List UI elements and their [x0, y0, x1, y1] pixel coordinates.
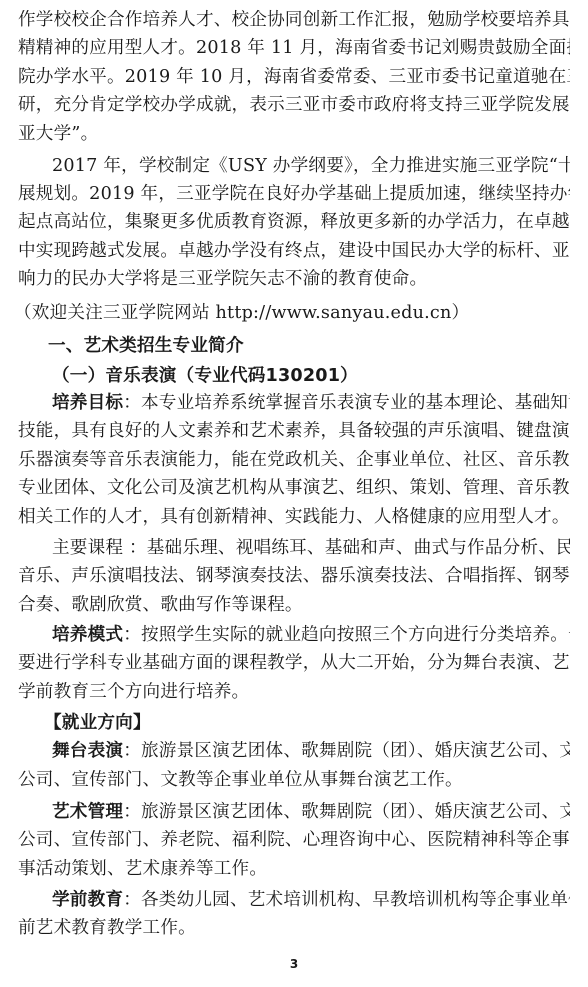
website-note: （欢迎关注三亚学院网站 http://www.sanyau.edu.cn） [14, 302, 566, 324]
text-line: 前艺术教育教学工作。 [18, 917, 570, 939]
page-number: 3 [0, 957, 588, 971]
arts-management-label: 艺术管理 [52, 802, 123, 822]
subsection-heading: （一）音乐表演（专业代码130201） [52, 365, 588, 387]
text-line: 研，充分肯定学校办学成就，表示三亚市委市政府将支持三亚学院发展成为“三 [18, 94, 570, 116]
training-mode-text: ：按照学生实际的就业趋向按照三个方向进行分类培养。一年级主 [123, 625, 570, 645]
text-line: 中实现跨越式发展。卓越办学没有终点，建设中国民办大学的标杆、亚洲具有影 [18, 240, 570, 262]
text-line: 主要课程 ：基础乐理、视唱练耳、基础和声、曲式与作品分析、民族民间 [52, 537, 570, 559]
text-line: 培养模式：按照学生实际的就业趋向按照三个方向进行分类培养。一年级主 [52, 624, 570, 646]
text-line: 相关工作的人才，具有创新精神、实践能力、人格健康的应用型人才。 [18, 506, 570, 528]
training-goal-label: 培养目标 [52, 393, 123, 413]
stage-performance-label: 舞台表演 [52, 741, 123, 761]
text-line: 学前教育三个方向进行培养。 [18, 681, 570, 703]
training-mode-label: 培养模式 [52, 625, 123, 645]
text-line: 亚大学”。 [18, 123, 570, 145]
text-line: 公司、宣传部门、文教等企事业单位从事舞台演艺工作。 [18, 769, 570, 791]
employment-heading: 【就业方向】 [44, 712, 588, 734]
text-line: 作学校校企合作培养人才、校企协同创新工作汇报，勉励学校要培养具有精益求 [18, 9, 570, 31]
text-line: 专业团体、文化公司及演艺机构从事演艺、组织、策划、管理、音乐教育教学等 [18, 477, 570, 499]
text-line: 音乐、声乐演唱技法、钢琴演奏技法、器乐演奏技法、合唱指挥、钢琴即兴伴奏、 [18, 565, 570, 587]
text-line: 乐器演奏等音乐表演能力，能在党政机关、企事业单位、社区、音乐教育机构、 [18, 449, 570, 471]
text-line: 艺术管理：旅游景区演艺团体、歌舞剧院（团）、婚庆演艺公司、文化传媒 [52, 801, 570, 823]
text-line: 培养目标：本专业培养系统掌握音乐表演专业的基本理论、基础知识与基本 [52, 392, 570, 414]
text-line: 响力的民办大学将是三亚学院矢志不渝的教育使命。 [18, 268, 570, 290]
text-line: 合奏、歌剧欣赏、歌曲写作等课程。 [18, 594, 570, 616]
text-line: 要进行学科专业基础方面的课程教学，从大二开始，分为舞台表演、艺术管理、 [18, 652, 570, 674]
stage-performance-text: ：旅游景区演艺团体、歌舞剧院（团）、婚庆演艺公司、文化传媒 [123, 741, 570, 761]
text-line: 院办学水平。2019 年 10 月，海南省委常委、三亚市委书记童道驰在三亚学院调 [18, 66, 570, 88]
text-line: 学前教育：各类幼儿园、艺术培训机构、早教培训机构等企事业单位从事学 [52, 889, 570, 911]
text-line: 2017 年，学校制定《USY 办学纲要》，全力推进实施三亚学院“十三五”发 [52, 155, 570, 177]
text-line: 精精神的应用型人才。2018 年 11 月，海南省委书记刘赐贵鼓励全面提升三亚学 [18, 37, 570, 59]
text-line: 事活动策划、艺术康养等工作。 [18, 858, 570, 880]
text-line: 技能，具有良好的人文素养和艺术素养，具备较强的声乐演唱、键盘演奏、中西 [18, 420, 570, 442]
preschool-education-text: ：各类幼儿园、艺术培训机构、早教培训机构等企事业单位从事学 [123, 890, 570, 910]
text-line: 舞台表演：旅游景区演艺团体、歌舞剧院（团）、婚庆演艺公司、文化传媒 [52, 740, 570, 762]
text-line: 起点高站位，集聚更多优质教育资源，释放更多新的办学活力，在卓越办学进程 [18, 211, 570, 233]
text-line: 公司、宣传部门、养老院、福利院、心理咨询中心、医院精神科等企事业单位从 [18, 829, 570, 851]
arts-management-text: ：旅游景区演艺团体、歌舞剧院（团）、婚庆演艺公司、文化传媒 [123, 802, 570, 822]
text-line: 展规划。2019 年，三亚学院在良好办学基础上提质加速，继续坚持办学层次高 [18, 183, 570, 205]
training-goal-text: ：本专业培养系统掌握音乐表演专业的基本理论、基础知识与基本 [123, 393, 570, 413]
preschool-education-label: 学前教育 [52, 890, 123, 910]
section-heading: 一、艺术类招生专业简介 [48, 335, 588, 357]
